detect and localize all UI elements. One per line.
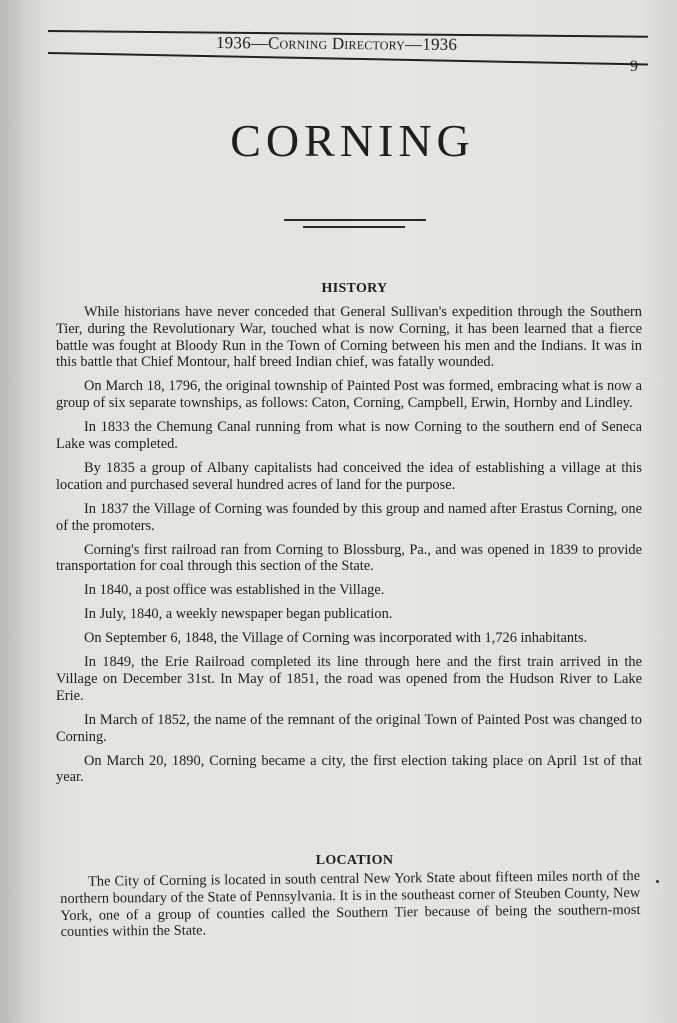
page-number: 9 <box>630 58 638 76</box>
history-heading: HISTORY <box>0 281 677 297</box>
header-dash-left: — <box>251 33 268 52</box>
location-body: The City of Corning is located in south … <box>60 868 641 948</box>
history-paragraph: In 1837 the Village of Corning was found… <box>56 501 642 535</box>
history-paragraph: In July, 1840, a weekly newspaper began … <box>56 606 642 623</box>
location-heading: LOCATION <box>0 853 677 869</box>
header-dash-right: — <box>405 35 422 54</box>
location-paragraph: The City of Corning is located in south … <box>60 868 641 941</box>
ink-speck <box>656 880 659 883</box>
history-paragraph: In 1840, a post office was established i… <box>56 582 642 599</box>
history-paragraph: In 1849, the Erie Railroad completed its… <box>56 654 642 704</box>
history-paragraph: On September 6, 1848, the Village of Cor… <box>56 630 642 647</box>
history-body: While historians have never conceded tha… <box>56 304 642 793</box>
history-paragraph: In 1833 the Chemung Canal running from w… <box>56 419 642 453</box>
history-paragraph: In March of 1852, the name of the remnan… <box>56 712 642 746</box>
history-paragraph: On March 20, 1890, Corning became a city… <box>56 753 642 787</box>
ornament-line-long <box>284 219 426 221</box>
header-year-right: 1936 <box>422 35 457 54</box>
history-paragraph: On March 18, 1796, the original township… <box>56 378 642 412</box>
page-title: CORNING <box>0 114 677 167</box>
title-ornament-rule <box>284 219 426 231</box>
running-header: 1936—Corning Directory—1936 9 <box>48 30 645 80</box>
header-title: 1936—Corning Directory—1936 <box>216 33 457 55</box>
header-year-left: 1936 <box>216 33 251 52</box>
history-paragraph: By 1835 a group of Albany capitalists ha… <box>56 460 642 494</box>
header-publication: Corning Directory <box>268 33 405 53</box>
book-page: 1936—Corning Directory—1936 9 CORNING HI… <box>0 0 677 1023</box>
history-paragraph: While historians have never conceded tha… <box>56 304 642 371</box>
ornament-line-short <box>303 226 405 228</box>
history-paragraph: Corning's first railroad ran from Cornin… <box>56 542 642 576</box>
